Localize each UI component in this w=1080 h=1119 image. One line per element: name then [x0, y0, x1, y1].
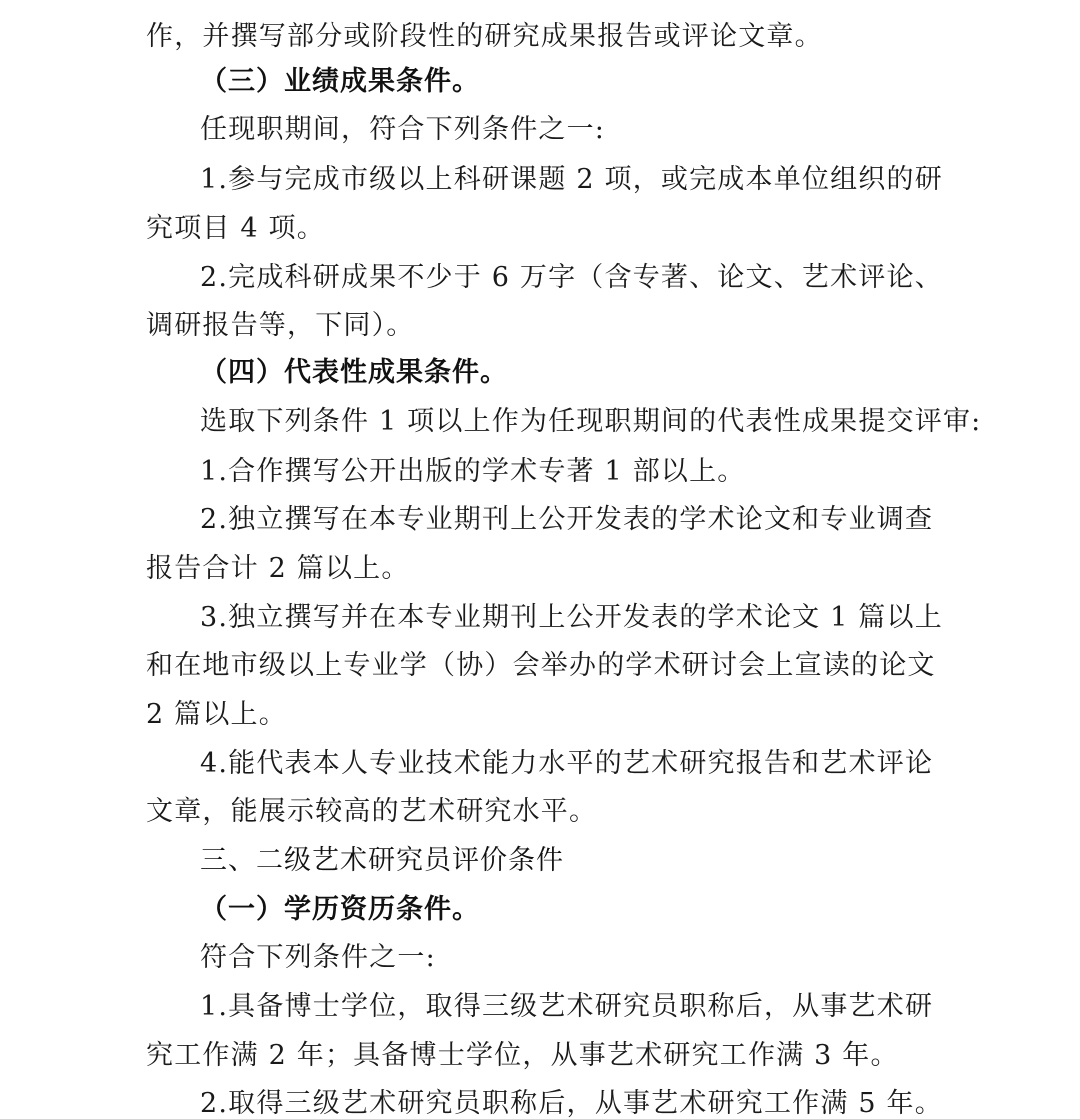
text-line-paragraph: 2.取得三级艺术研究员职称后，从事艺术研究工作满 5 年。	[200, 1084, 943, 1119]
subheading-representative-achievements: （四）代表性成果条件。	[200, 353, 508, 393]
text-line-paragraph: 1.具备博士学位，取得三级艺术研究员职称后，从事艺术研	[200, 987, 933, 1027]
text-line-paragraph: 选取下列条件 1 项以上作为任现职期间的代表性成果提交评审:	[200, 402, 981, 442]
text-line-continuation: 究工作满 2 年；具备博士学位，从事艺术研究工作满 3 年。	[146, 1036, 899, 1076]
text-line-continuation: 调研报告等，下同）。	[146, 306, 415, 346]
text-line-paragraph: 1.合作撰写公开出版的学术专著 1 部以上。	[200, 452, 746, 492]
section-heading-level2-researcher: 三、二级艺术研究员评价条件	[200, 841, 564, 881]
text-line-paragraph: 2.完成科研成果不少于 6 万字（含专著、论文、艺术评论、	[200, 258, 943, 298]
text-line-continuation: 作，并撰写部分或阶段性的研究成果报告或评论文章。	[146, 17, 823, 57]
text-line-paragraph: 任现职期间，符合下列条件之一:	[200, 110, 605, 150]
text-line-continuation: 和在地市级以上专业学（协）会举办的学术研讨会上宣读的论文	[146, 646, 936, 686]
text-line-continuation: 2 篇以上。	[146, 695, 287, 735]
text-line-paragraph: 3.独立撰写并在本专业期刊上公开发表的学术论文 1 篇以上	[200, 598, 943, 638]
document-page: 作，并撰写部分或阶段性的研究成果报告或评论文章。 （三）业绩成果条件。 任现职期…	[0, 0, 1080, 1119]
text-line-paragraph: 2.独立撰写在本专业期刊上公开发表的学术论文和专业调查	[200, 500, 933, 540]
text-line-continuation: 究项目 4 项。	[146, 209, 325, 249]
text-line-continuation: 文章，能展示较高的艺术研究水平。	[146, 792, 597, 832]
text-line-paragraph: 1.参与完成市级以上科研课题 2 项，或完成本单位组织的研	[200, 160, 943, 200]
subheading-education-qualifications: （一）学历资历条件。	[200, 890, 480, 930]
text-line-paragraph: 4.能代表本人专业技术能力水平的艺术研究报告和艺术评论	[200, 744, 933, 784]
text-line-continuation: 报告合计 2 篇以上。	[146, 549, 410, 589]
subheading-performance-conditions: （三）业绩成果条件。	[200, 62, 480, 102]
text-line-paragraph: 符合下列条件之一:	[200, 938, 436, 978]
